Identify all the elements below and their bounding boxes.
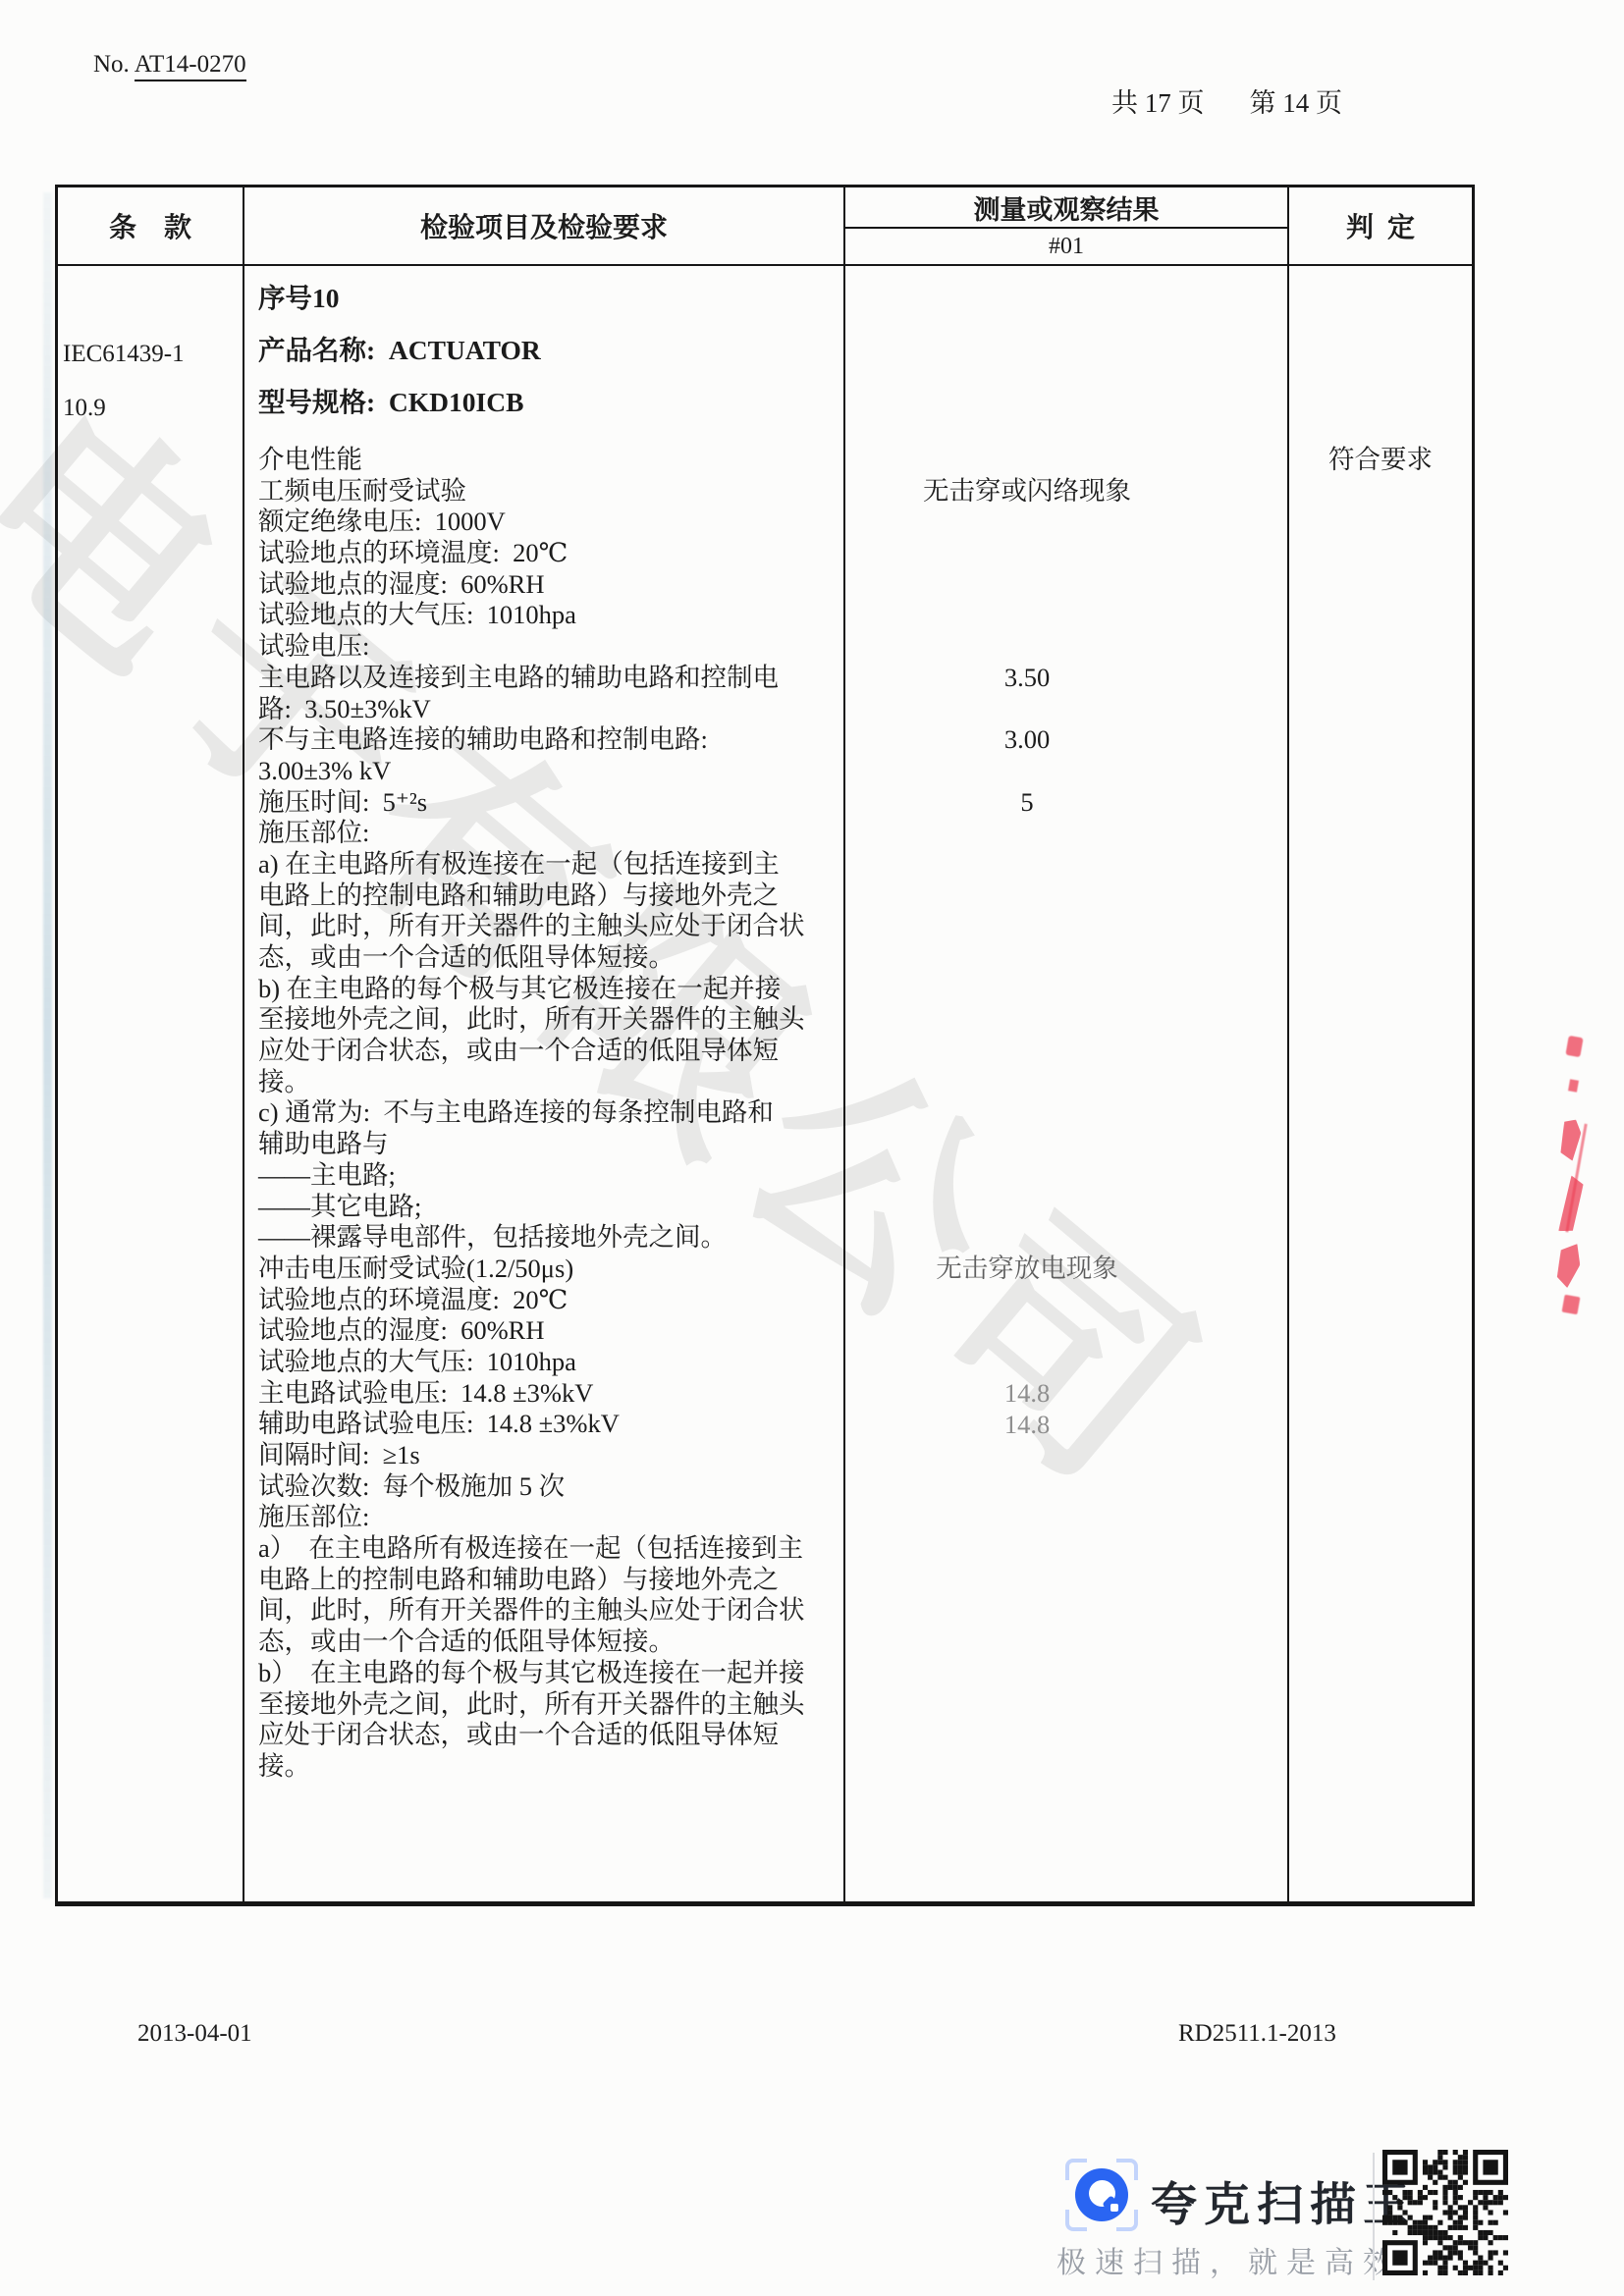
requirement-line: 态，或由一个合适的低阻导体短接。 <box>258 942 843 974</box>
qr-code <box>1382 2150 1508 2275</box>
requirement-line: 试验电压: <box>258 631 843 663</box>
header-verdict: 判 定 <box>1289 187 1472 264</box>
result-value: 3.50 <box>845 663 1209 694</box>
red-stamp <box>1555 1029 1598 1313</box>
result-value: 3.00 <box>845 724 1209 756</box>
requirement-line: 工频电压耐受试验 <box>258 476 843 507</box>
doc-number-value: AT14-0270 <box>135 51 246 81</box>
result-value: 5 <box>845 787 1209 819</box>
requirement-line: 辅助电路与 <box>258 1129 843 1160</box>
scanner-tagline: 极速扫描，就是高效 <box>1056 2238 1401 2281</box>
page-count: 共 17 页第 14 页 <box>1085 51 1342 150</box>
result-value: 14.8 <box>845 1378 1209 1410</box>
product-info-line: 型号规格: CKD10ICB <box>258 376 843 428</box>
scanner-branding: 夸克扫描王 极速扫描，就是高效 <box>1041 2145 1591 2292</box>
product-info-block: 序号10产品名称: ACTUATOR型号规格: CKD10ICB <box>258 272 843 428</box>
requirements-cell: 序号10产品名称: ACTUATOR型号规格: CKD10ICB 介电性能工频电… <box>244 266 843 1901</box>
requirement-line: ——其它电路; <box>258 1192 843 1223</box>
requirement-line: 主电路试验电压: 14.8 ±3%kV <box>258 1378 843 1410</box>
result-value: 无击穿放电现象 <box>845 1254 1209 1285</box>
pages-total: 共 17 页 <box>1111 88 1205 118</box>
requirement-line: 试验地点的大气压: 1010hpa <box>258 1347 843 1378</box>
requirement-line: 应处于闭合状态，或由一个合适的低阻导体短 <box>258 1036 843 1067</box>
requirement-line: 试验次数: 每个极施加 5 次 <box>258 1471 843 1503</box>
scanner-app-name: 夸克扫描王 <box>1151 2168 1416 2234</box>
product-info-line: 产品名称: ACTUATOR <box>258 324 843 376</box>
requirement-line: 电路上的控制电路和辅助电路）与接地外壳之 <box>258 881 843 912</box>
header-results: 测量或观察结果 <box>845 187 1287 227</box>
doc-number-prefix: No. <box>93 51 135 78</box>
requirement-line: 3.00±3% kV <box>258 756 843 787</box>
footer-standard-ref: RD2511.1-2013 <box>1178 2020 1336 2048</box>
doc-number: No. AT14-0270 <box>93 51 246 79</box>
requirement-line: 施压部位: <box>258 818 843 849</box>
scan-streak-artifact <box>43 192 52 1898</box>
requirement-line: 试验地点的湿度: 60%RH <box>258 569 843 601</box>
result-value: 14.8 <box>845 1410 1209 1441</box>
requirement-line: 额定绝缘电压: 1000V <box>258 507 843 538</box>
results-cell: 无击穿或闪络现象3.503.005无击穿放电现象14.814.8 <box>845 266 1287 1901</box>
requirement-line: 主电路以及连接到主电路的辅助电路和控制电 <box>258 663 843 694</box>
standard-reference: IEC61439-1 <box>63 341 185 368</box>
scanned-report-page: 电子有限公司 No. AT14-0270 共 17 页第 14 页 条 款 检验… <box>0 0 1624 2296</box>
clause-number: 10.9 <box>63 395 106 422</box>
requirement-line: 应处于闭合状态，或由一个合适的低阻导体短 <box>258 1720 843 1751</box>
requirement-line: 冲击电压耐受试验(1.2/50μs) <box>258 1254 843 1285</box>
requirement-line: b) 在主电路的每个极与其它极连接在一起并接 <box>258 974 843 1005</box>
requirement-line: 试验地点的环境温度: 20℃ <box>258 538 843 569</box>
header-requirements: 检验项目及检验要求 <box>244 187 843 264</box>
requirement-line: ——裸露导电部件，包括接地外壳之间。 <box>258 1222 843 1254</box>
requirement-line: 试验地点的大气压: 1010hpa <box>258 600 843 631</box>
requirement-line: a） 在主电路所有极连接在一起（包括连接到主 <box>258 1533 843 1565</box>
requirement-line: ——主电路; <box>258 1160 843 1192</box>
header-sample-number: #01 <box>845 229 1287 264</box>
requirements-block: 介电性能工频电压耐受试验额定绝缘电压: 1000V试验地点的环境温度: 20℃试… <box>258 445 843 1783</box>
requirement-line: 间，此时，所有开关器件的主触头应处于闭合状 <box>258 911 843 942</box>
requirement-line: 至接地外壳之间，此时，所有开关器件的主触头 <box>258 1689 843 1721</box>
requirement-line: 试验地点的环境温度: 20℃ <box>258 1285 843 1316</box>
quark-logo-icon <box>1065 2159 1138 2231</box>
report-date: 2013-04-01 <box>137 2020 252 2048</box>
requirement-line: 不与主电路连接的辅助电路和控制电路: <box>258 724 843 756</box>
page-current: 第 14 页 <box>1250 88 1343 118</box>
product-info-line: 序号10 <box>258 272 843 324</box>
requirement-line: 态，或由一个合适的低阻导体短接。 <box>258 1627 843 1658</box>
requirement-line: 至接地外壳之间，此时，所有开关器件的主触头 <box>258 1004 843 1036</box>
verdict-cell: 符合要求 <box>1289 266 1472 1901</box>
requirement-line: 间隔时间: ≥1s <box>258 1440 843 1471</box>
requirement-line: 介电性能 <box>258 445 843 476</box>
requirement-line: 接。 <box>258 1067 843 1098</box>
requirement-line: 施压部位: <box>258 1502 843 1533</box>
requirement-line: 施压时间: 5⁺²s <box>258 787 843 819</box>
requirement-line: c) 通常为: 不与主电路连接的每条控制电路和 <box>258 1097 843 1129</box>
verdict-text: 符合要求 <box>1289 445 1472 476</box>
result-value: 无击穿或闪络现象 <box>845 476 1209 507</box>
requirement-line: 接。 <box>258 1751 843 1783</box>
requirement-line: 间，此时，所有开关器件的主触头应处于闭合状 <box>258 1595 843 1627</box>
requirement-line: 试验地点的湿度: 60%RH <box>258 1315 843 1347</box>
brand-divider <box>1373 2153 1375 2280</box>
requirement-line: b） 在主电路的每个极与其它极连接在一起并接 <box>258 1658 843 1689</box>
clause-cell: IEC61439-1 10.9 <box>58 266 243 1901</box>
requirement-line: 辅助电路试验电压: 14.8 ±3%kV <box>258 1409 843 1440</box>
requirement-line: 路: 3.50±3%kV <box>258 694 843 725</box>
requirement-line: 电路上的控制电路和辅助电路）与接地外壳之 <box>258 1565 843 1596</box>
report-table: 条 款 检验项目及检验要求 测量或观察结果 #01 判 定 IEC61439-1… <box>55 185 1475 1906</box>
header-clause: 条 款 <box>58 187 243 264</box>
requirement-line: a) 在主电路所有极连接在一起（包括连接到主 <box>258 849 843 881</box>
